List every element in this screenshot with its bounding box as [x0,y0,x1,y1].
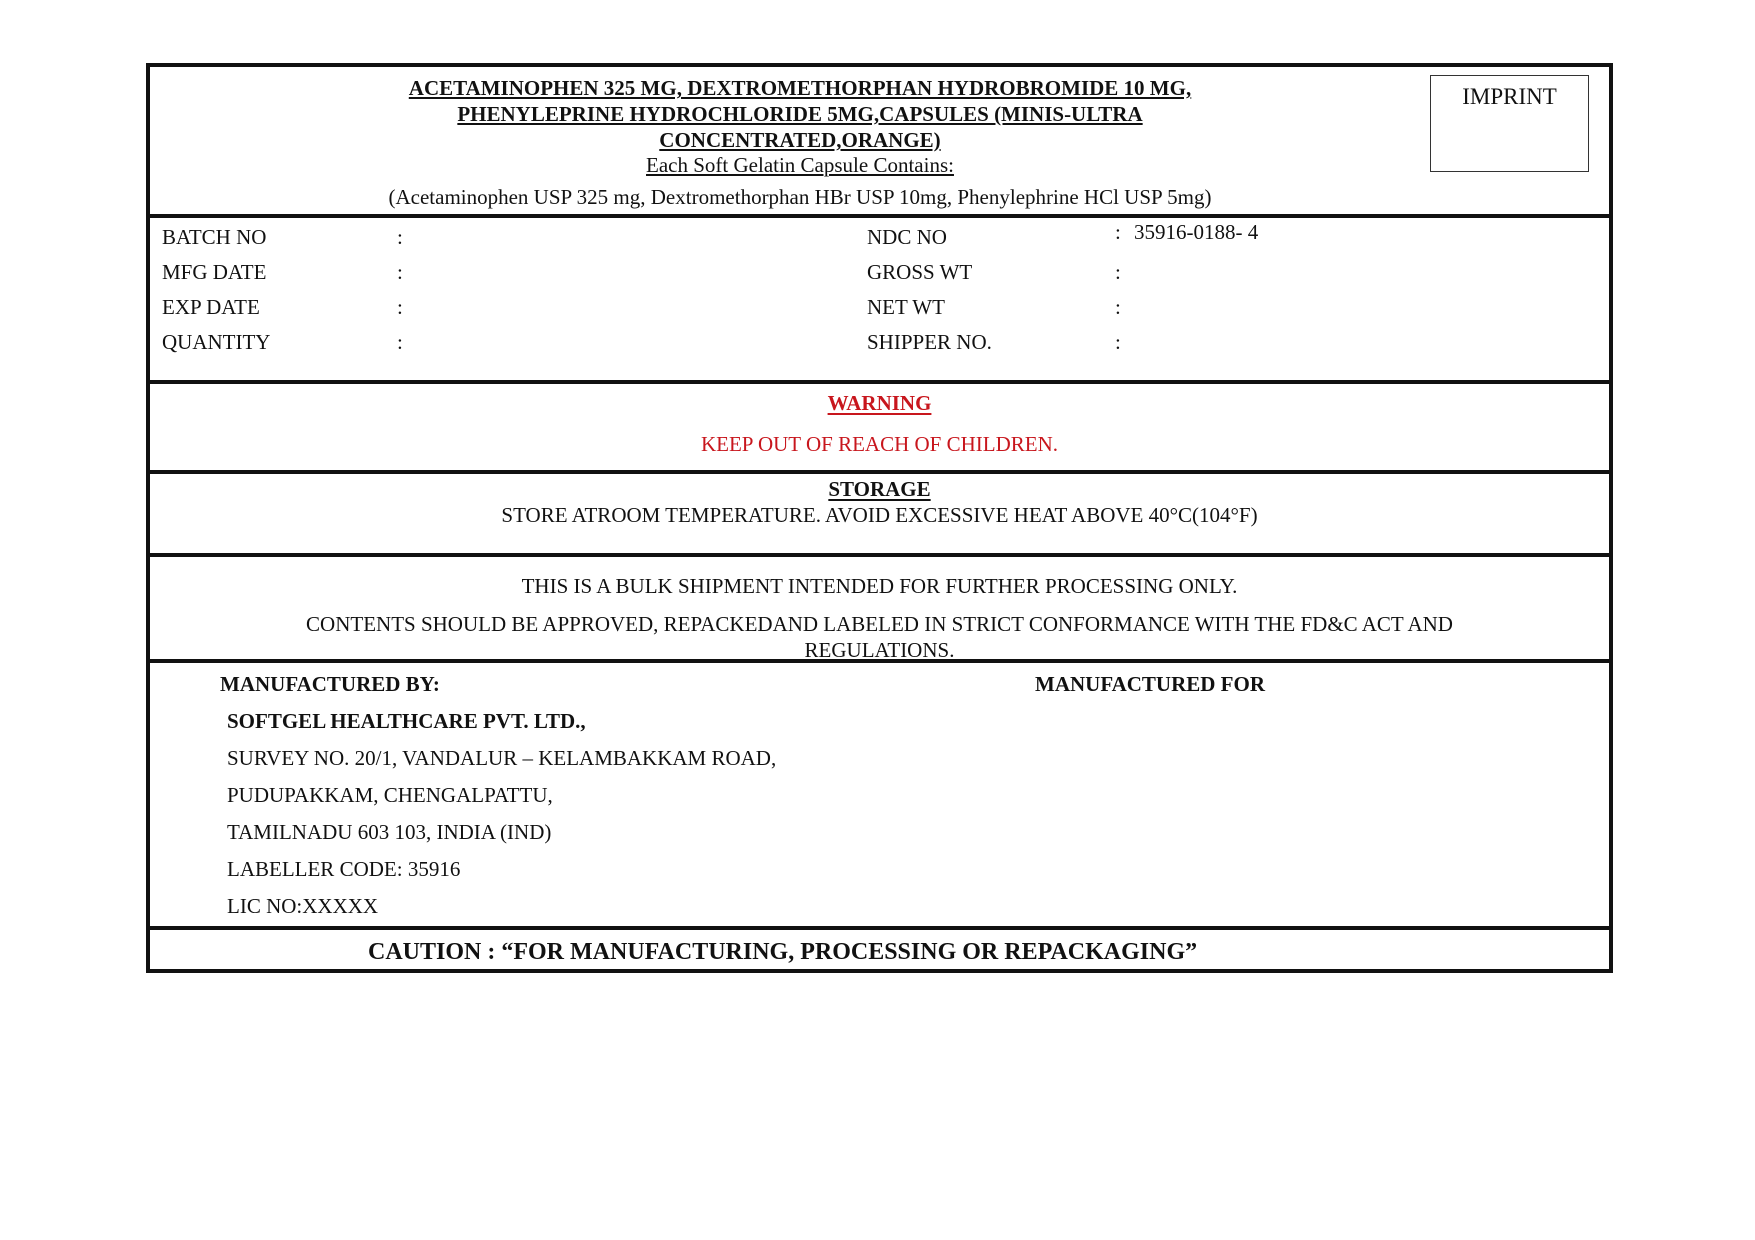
manufacturer-address-line: TAMILNADU 603 103, INDIA (IND) [227,820,551,845]
product-title-line: ACETAMINOPHEN 325 MG, DEXTROMETHORPHAN H… [380,75,1220,101]
manufacturer-section: MANUFACTURED BY: MANUFACTURED FOR SOFTGE… [150,663,1609,926]
manufacturer-address-line: SURVEY NO. 20/1, VANDALUR – KELAMBAKKAM … [227,746,776,771]
field-quantity-colon: : [397,330,403,355]
imprint-label: IMPRINT [1462,84,1557,109]
field-batch-no-label: BATCH NO [162,225,266,250]
field-ndc-no-colon: : [1115,220,1121,245]
product-title-line: PHENYLEPRINE HYDROCHLORIDE 5MG,CAPSULES … [380,101,1220,127]
field-net-wt-colon: : [1115,295,1121,320]
composition-text: (Acetaminophen USP 325 mg, Dextromethorp… [250,185,1350,210]
field-quantity-label: QUANTITY [162,330,270,355]
labeller-code: LABELLER CODE: 35916 [227,857,460,882]
field-mfg-date-colon: : [397,260,403,285]
warning-heading: WARNING [150,391,1609,416]
field-ndc-no-value: 35916-0188- 4 [1134,220,1258,245]
field-batch-no-colon: : [397,225,403,250]
manufactured-for-heading: MANUFACTURED FOR [1035,672,1265,697]
field-net-wt-label: NET WT [867,295,945,320]
bulk-notice-line: THIS IS A BULK SHIPMENT INTENDED FOR FUR… [150,574,1609,599]
batch-info-section: BATCH NO : MFG DATE : EXP DATE : QUANTIT… [150,218,1609,380]
warning-text: KEEP OUT OF REACH OF CHILDREN. [150,432,1609,457]
header-section: ACETAMINOPHEN 325 MG, DEXTROMETHORPHAN H… [150,67,1609,214]
field-exp-date-colon: : [397,295,403,320]
field-gross-wt-colon: : [1115,260,1121,285]
bulk-notice-line: CONTENTS SHOULD BE APPROVED, REPACKEDAND… [150,612,1609,637]
warning-section: WARNING KEEP OUT OF REACH OF CHILDREN. [150,384,1609,470]
storage-section: STORAGE STORE ATROOM TEMPERATURE. AVOID … [150,474,1609,553]
field-shipper-no-label: SHIPPER NO. [867,330,992,355]
manufacturer-address-line: PUDUPAKKAM, CHENGALPATTU, [227,783,553,808]
product-title: ACETAMINOPHEN 325 MG, DEXTROMETHORPHAN H… [380,75,1220,153]
imprint-box: IMPRINT [1430,75,1589,172]
manufactured-by-heading: MANUFACTURED BY: [220,672,440,697]
storage-heading: STORAGE [150,477,1609,502]
field-shipper-no-colon: : [1115,330,1121,355]
product-title-line: CONCENTRATED,ORANGE) [380,127,1220,153]
field-mfg-date-label: MFG DATE [162,260,266,285]
field-ndc-no-label: NDC NO [867,225,947,250]
manufacturer-company: SOFTGEL HEALTHCARE PVT. LTD., [227,709,586,734]
license-number: LIC NO:XXXXX [227,894,378,919]
bulk-notice-section: THIS IS A BULK SHIPMENT INTENDED FOR FUR… [150,557,1609,659]
caution-text: CAUTION : “FOR MANUFACTURING, PROCESSING… [150,939,1609,966]
capsule-contents-heading: Each Soft Gelatin Capsule Contains: [350,153,1250,178]
bulk-shipment-label: ACETAMINOPHEN 325 MG, DEXTROMETHORPHAN H… [146,63,1613,973]
storage-text: STORE ATROOM TEMPERATURE. AVOID EXCESSIV… [150,503,1609,528]
caution-section: CAUTION : “FOR MANUFACTURING, PROCESSING… [150,930,1609,973]
field-exp-date-label: EXP DATE [162,295,260,320]
field-gross-wt-label: GROSS WT [867,260,972,285]
